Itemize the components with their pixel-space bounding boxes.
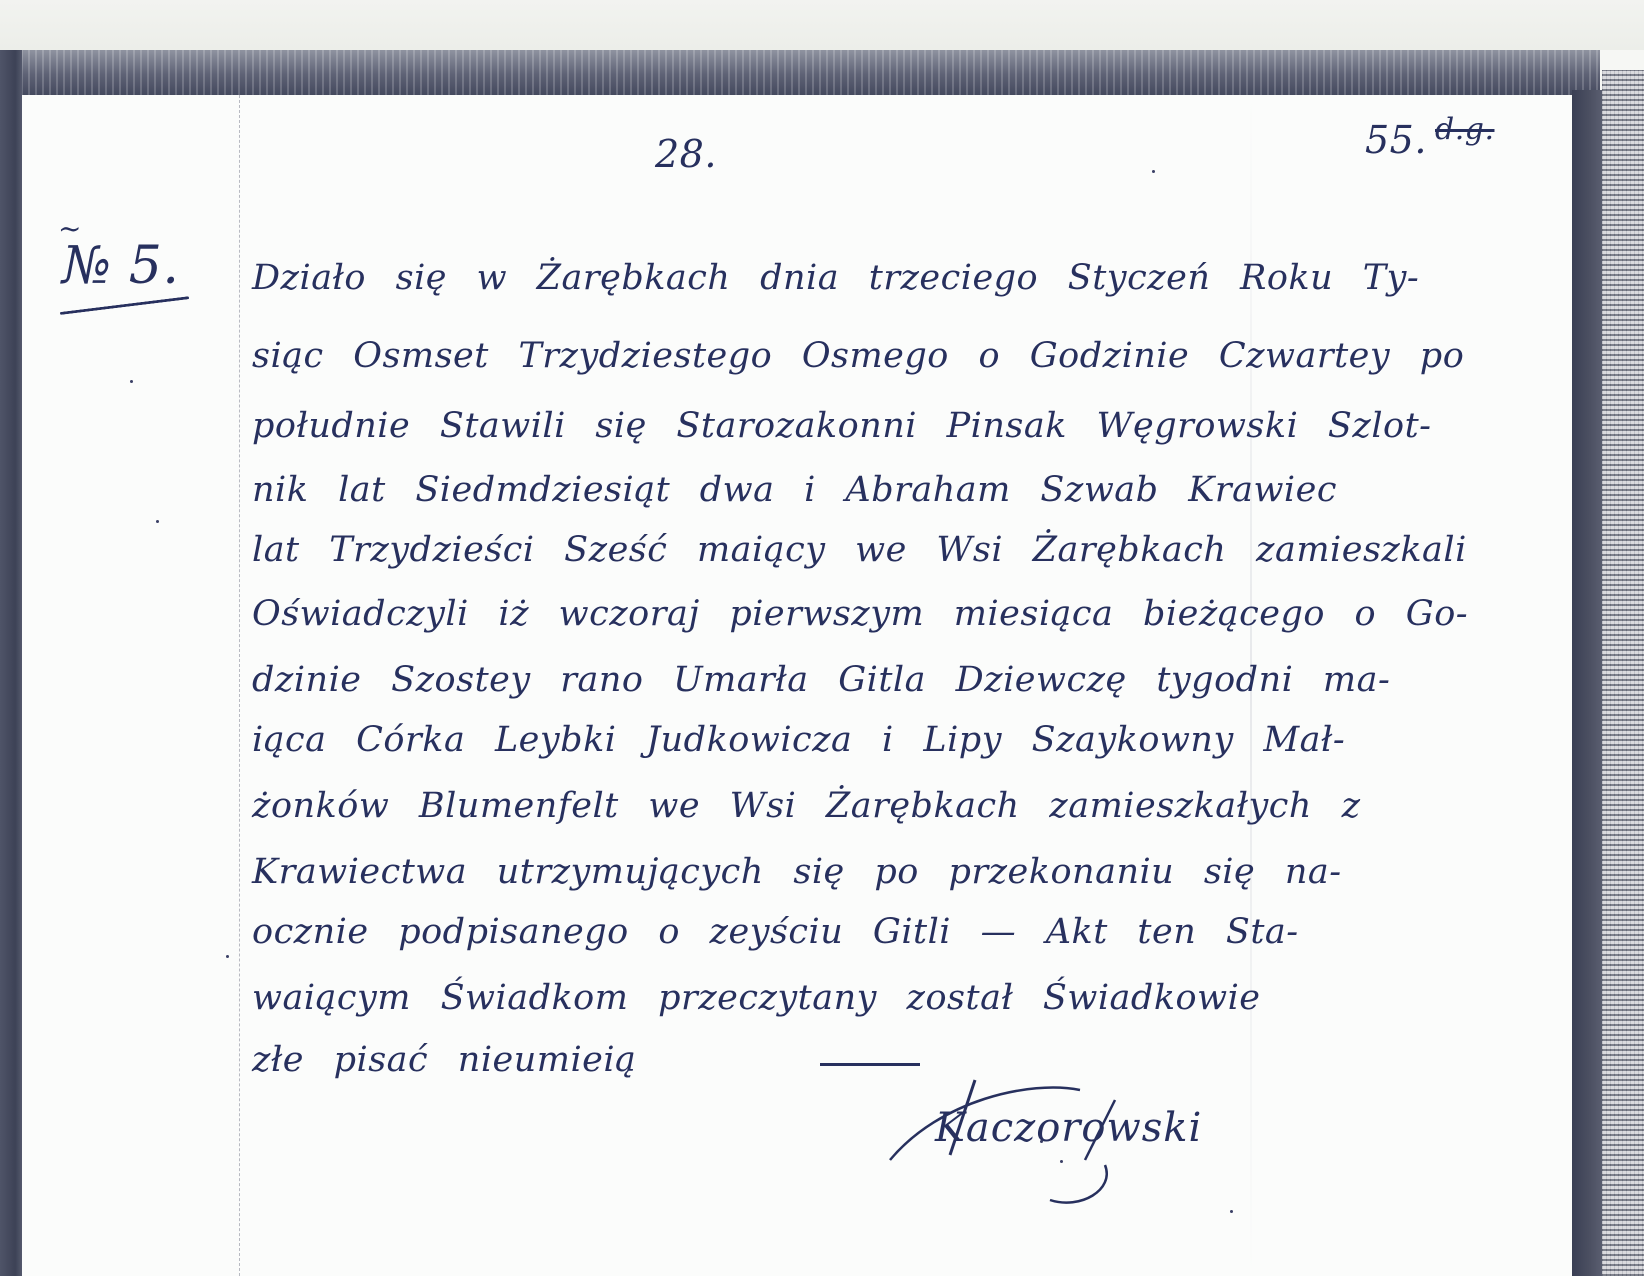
- entry-number: № 5.: [62, 236, 179, 296]
- record-line-4: nik lat Siedmdziesiąt dwa i Abraham Szwa…: [252, 470, 1337, 510]
- registrar-signature: Kaczorowski: [935, 1105, 1202, 1151]
- scan-speck: [226, 955, 229, 958]
- record-line-2: siąc Osmset Trzydziestego Osmego o Godzi…: [252, 336, 1464, 376]
- record-line-13: złe pisać nieumieią: [252, 1040, 636, 1080]
- page-number: 28.: [655, 132, 717, 176]
- record-line-5: lat Trzydzieści Sześć maiący we Wsi Żarę…: [252, 530, 1467, 570]
- scan-top-margin: [0, 0, 1644, 50]
- scan-border-top: [0, 50, 1600, 97]
- scan-speck: [1230, 1210, 1233, 1213]
- scan-border-right: [1572, 90, 1602, 1276]
- scan-border-left: [0, 50, 22, 1276]
- record-line-12: waiącym Świadkom przeczytany został Świa…: [252, 978, 1260, 1018]
- scan-speck: [1060, 1160, 1063, 1163]
- record-line-8: iąca Córka Leybki Judkowicza i Lipy Szay…: [252, 720, 1345, 760]
- record-line-7: dzinie Szostey rano Umarła Gitla Dziewcz…: [252, 660, 1390, 700]
- record-line-9: żonków Blumenfelt we Wsi Żarębkach zamie…: [252, 786, 1361, 826]
- folio-mark: d.g.: [1435, 112, 1494, 147]
- record-line-10: Krawiectwa utrzymujących się po przekona…: [252, 852, 1342, 892]
- record-line-3: południe Stawili się Starozakonni Pinsak…: [252, 406, 1431, 446]
- folio-number: 55.: [1365, 118, 1427, 162]
- scan-speck: [130, 380, 133, 383]
- margin-rule: [239, 95, 240, 1276]
- record-line-1: Działo się w Żarębkach dnia trzeciego St…: [252, 258, 1419, 298]
- scan-speck: [1040, 1140, 1043, 1143]
- scan-border-right-speckle: [1602, 70, 1644, 1276]
- scan-speck: [1152, 170, 1155, 173]
- scan-speck: [156, 520, 159, 523]
- record-line-11: ocznie podpisanego o zeyściu Gitli — Akt…: [252, 912, 1299, 952]
- record-line-6: Oświadczyli iż wczoraj pierwszym miesiąc…: [252, 594, 1468, 634]
